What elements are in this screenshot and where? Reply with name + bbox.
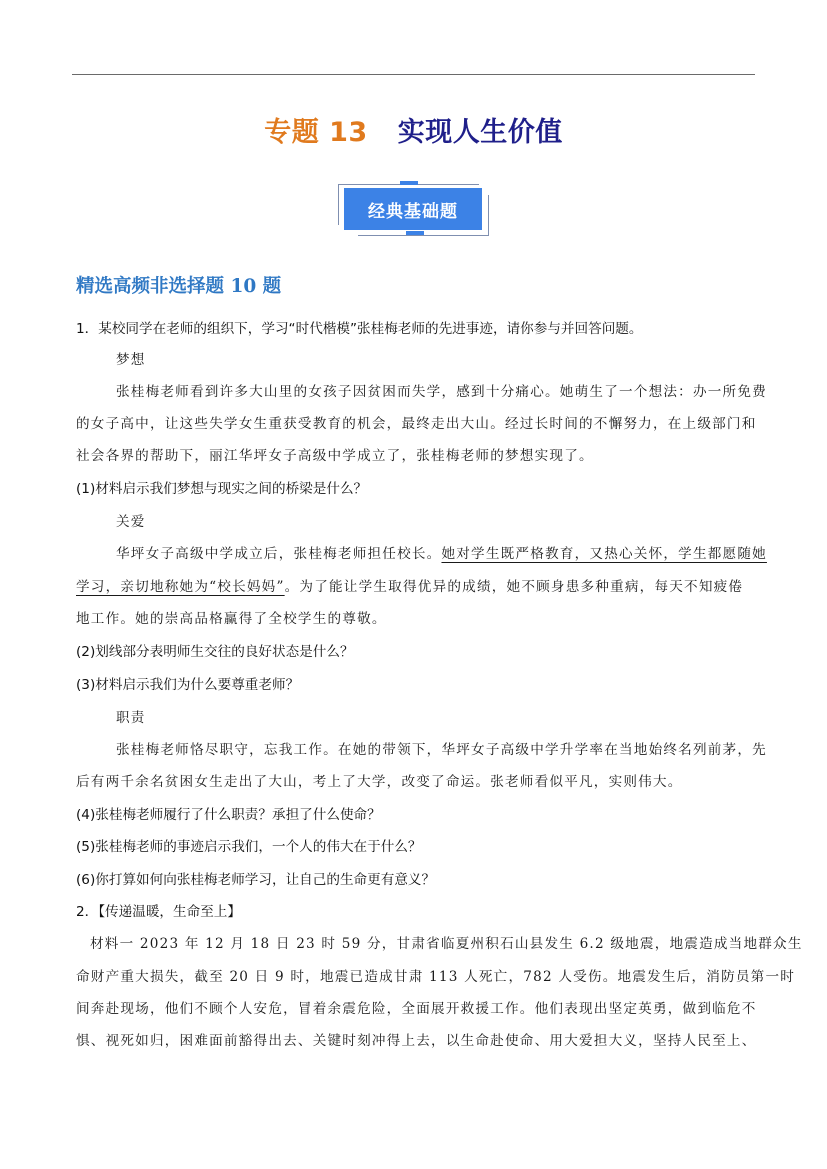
material-line: 张桂梅老师恪尽职守，忘我工作。在她的带领下，华坪女子高级中学升学率在当地始终名列… [116,738,767,758]
material-subtitle-dream: 梦想 [116,348,146,368]
page-title: 专题 13实现人生价值 [0,110,827,149]
material-line: 间奔赴现场，他们不顾个人安危，冒着余震危险，全面展开救援工作。他们表现出坚定英勇… [76,997,757,1017]
material-line: 学习，亲切地称她为“校长妈妈”。为了能让学生取得优异的成绩，她不顾身患多种重病，… [76,575,743,595]
underlined-text: 学习，亲切地称她为“校长妈妈” [76,579,285,595]
sub-question-1: (1)材料启示我们梦想与现实之间的桥梁是什么？ [76,477,367,497]
material-subtitle-care: 关爱 [116,510,146,530]
underlined-text: 她对学生既严格教育，又热心关怀，学生都愿随她 [441,546,766,562]
material-line: 命财产重大损失，截至 20 日 9 时，地震已造成甘肃 113 人死亡，782 … [76,965,795,985]
topic-label: 专题 13 [264,117,367,148]
material-line: 社会各界的帮助下，丽江华坪女子高级中学成立了，张桂梅老师的梦想实现了。 [76,444,594,464]
topic-name: 实现人生价值 [398,117,563,148]
material-line: 惧、视死如归，困难面前豁得出去、关键时刻冲得上去，以生命赴使命、用大爱担大义，坚… [76,1029,757,1049]
section-heading: 精选高频非选择题 10 题 [76,272,281,298]
material-line: 张桂梅老师看到许多大山里的女孩子因贫困而失学，感到十分痛心。她萌生了一个想法：办… [116,380,767,400]
material-subtitle-duty: 职责 [116,706,146,726]
material-line: 的女子高中，让这些失学女生重获受教育的机会，最终走出大山。经过长时间的不懈努力，… [76,412,757,432]
badge-tab-decoration [406,231,424,235]
sub-question-4: (4)张桂梅老师履行了什么职责？承担了什么使命？ [76,803,381,823]
sub-question-2: (2)划线部分表明师生交往的良好状态是什么？ [76,640,354,660]
sub-question-5: (5)张桂梅老师的事迹启示我们，一个人的伟大在于什么？ [76,835,422,855]
material-text: 。为了能让学生取得优异的成绩，她不顾身患多种重病，每天不知疲倦 [285,579,744,595]
material-line: 华坪女子高级中学成立后，张桂梅老师担任校长。她对学生既严格教育，又热心关怀，学生… [116,542,767,562]
material-line: 地工作。她的崇高品格赢得了全校学生的尊敬。 [76,607,387,627]
badge-label: 经典基础题 [344,188,482,230]
question-2-stem: 2．【传递温暖，生命至上】 [76,900,241,920]
sub-question-6: (6)你打算如何向张桂梅老师学习，让自己的生命更有意义？ [76,868,435,888]
material-line: 材料一 2023 年 12 月 18 日 23 时 59 分，甘肃省临夏州积石山… [90,932,803,952]
badge: 经典基础题 [338,181,490,237]
question-1-stem: 1．某校同学在老师的组织下，学习“时代楷模”张桂梅老师的先进事迹，请你参与并回答… [76,317,642,337]
header-rule [72,74,755,75]
sub-question-3: (3)材料启示我们为什么要尊重老师？ [76,673,299,693]
material-text: 华坪女子高级中学成立后，张桂梅老师担任校长。 [116,546,441,562]
badge-tab-decoration [400,181,418,185]
material-line: 后有两千余名贫困女生走出了大山，考上了大学，改变了命运。张老师看似平凡，实则伟大… [76,770,683,790]
